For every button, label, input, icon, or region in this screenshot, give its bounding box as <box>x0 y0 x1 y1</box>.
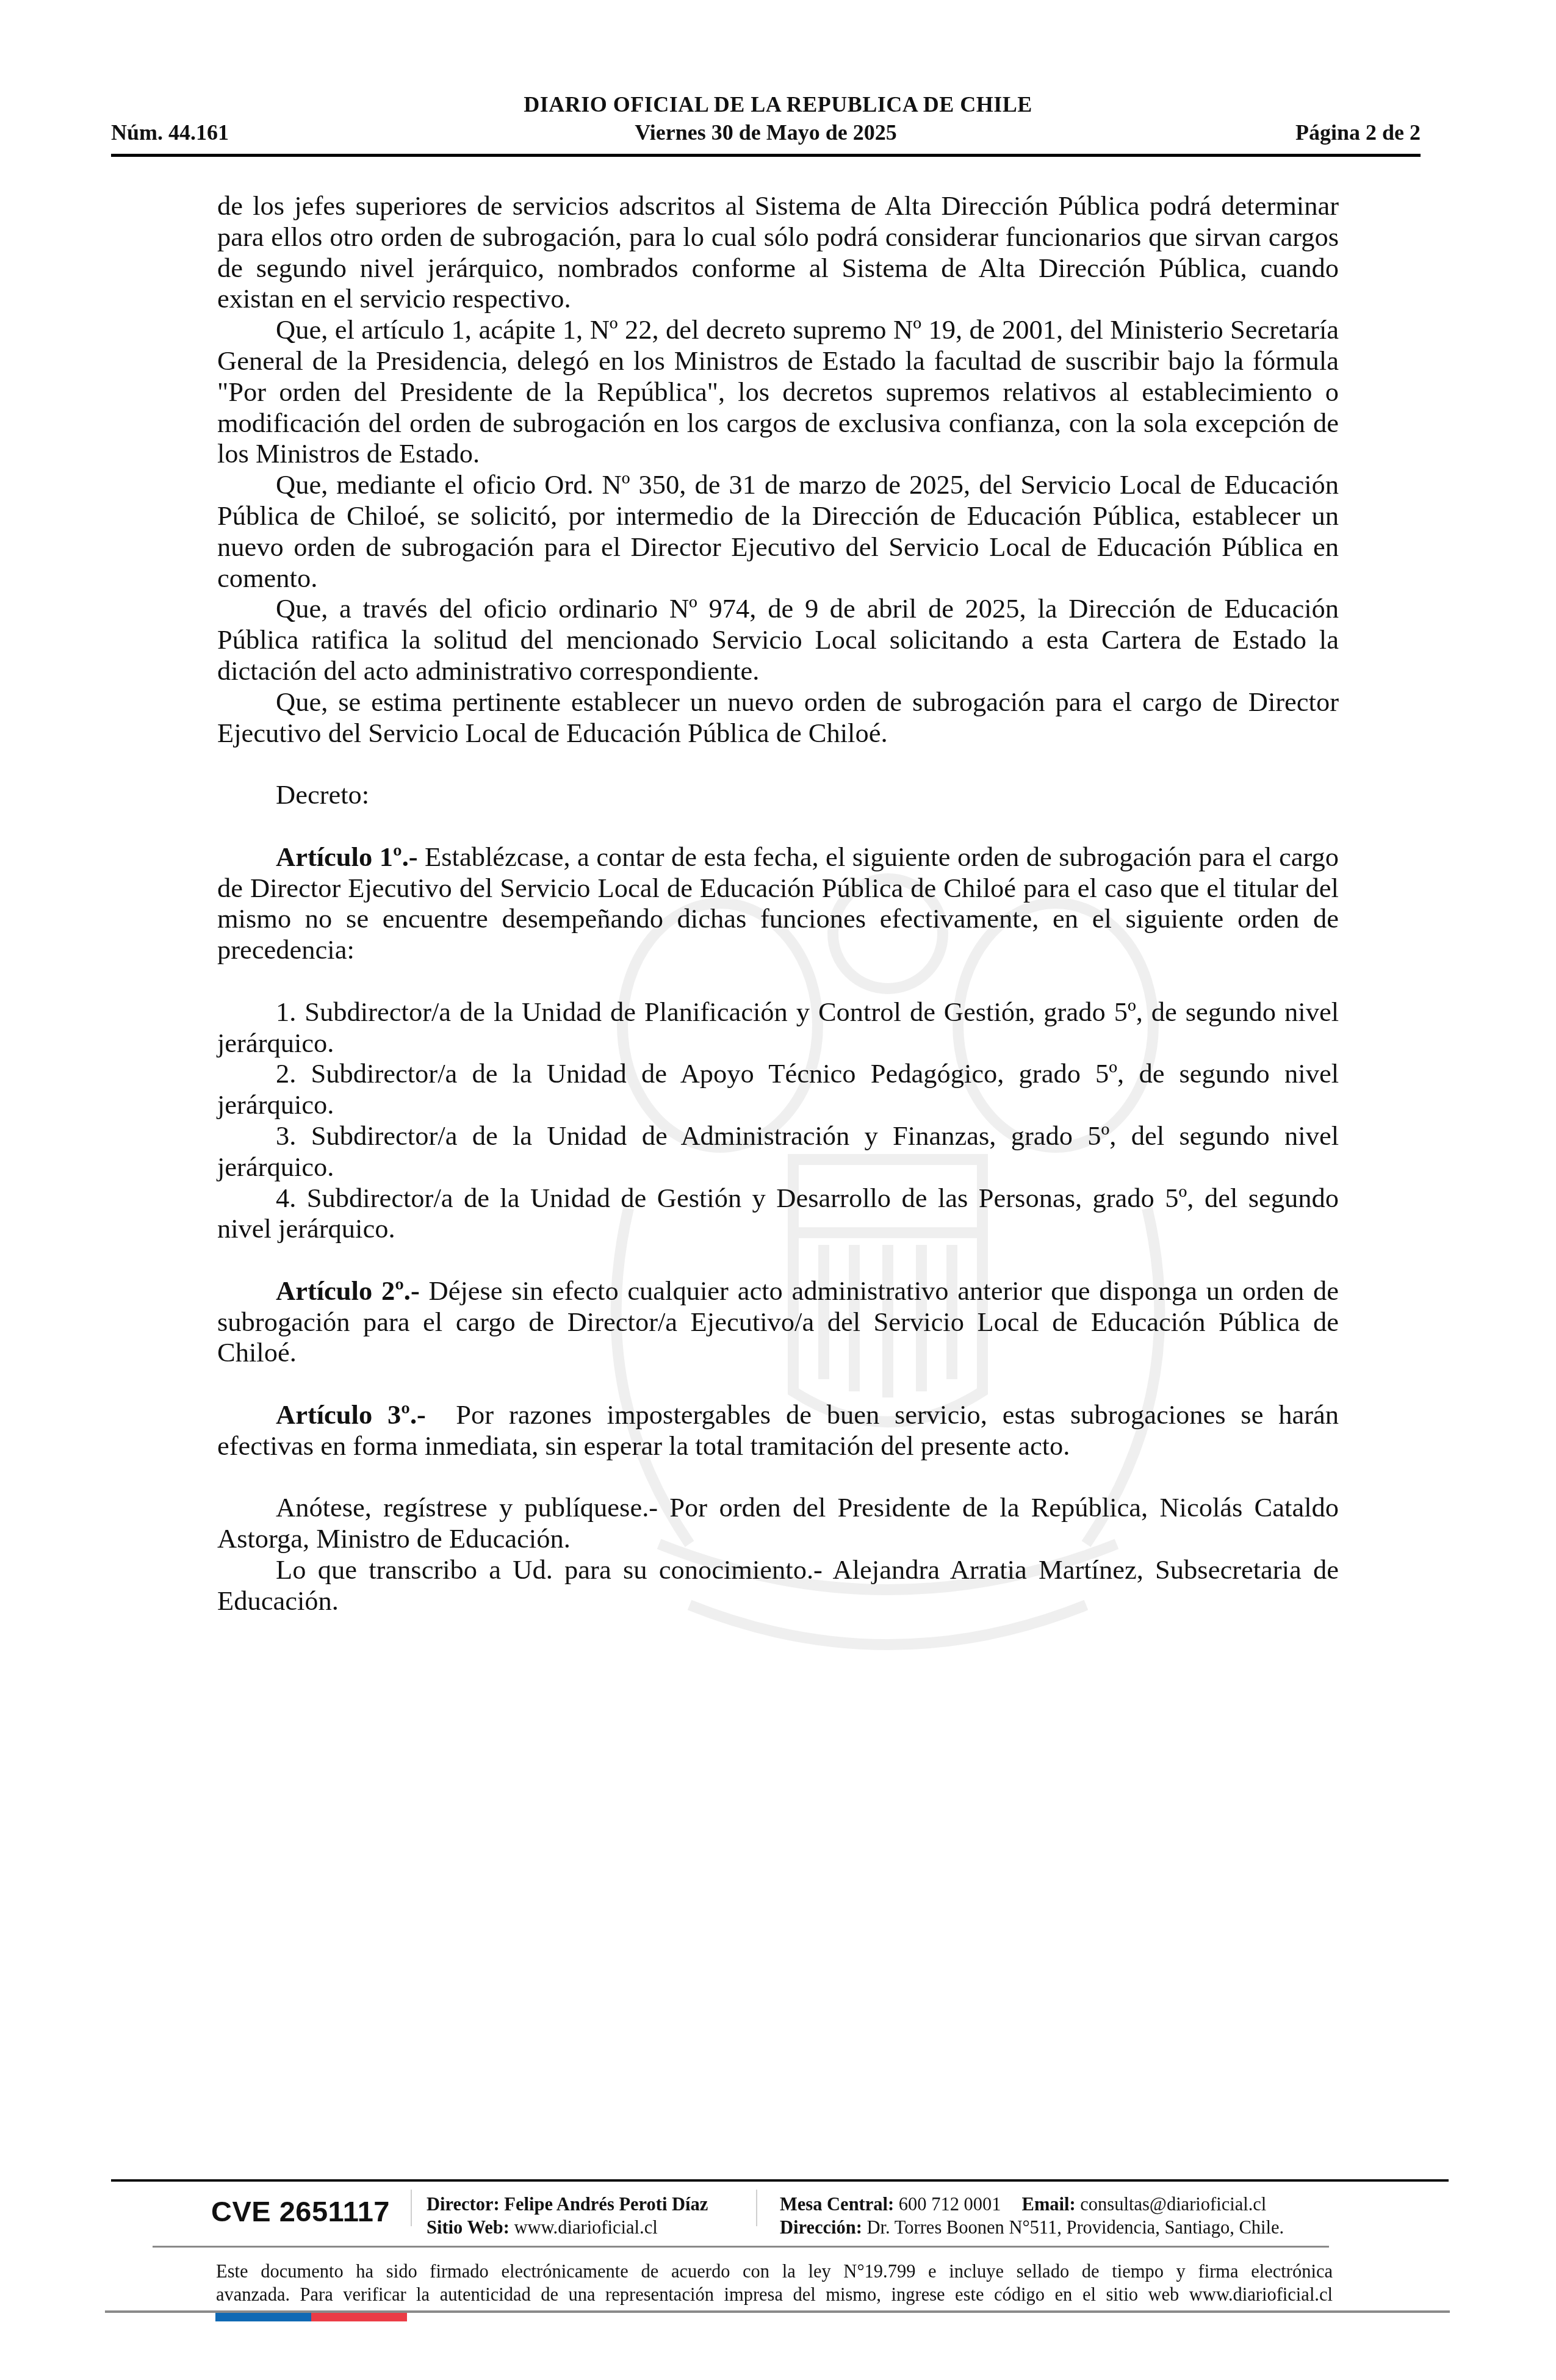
closing-signature: Anótese, regístrese y publíquese.- Por o… <box>217 1492 1339 1554</box>
issue-date: Viernes 30 de Mayo de 2025 <box>111 120 1421 145</box>
footer-director-block: Director: Felipe Andrés Peroti Díaz Siti… <box>427 2193 708 2239</box>
closing-transcription: Lo que transcribo a Ud. para su conocimi… <box>217 1554 1339 1617</box>
decree-label: Decreto: <box>217 779 1339 810</box>
spacer <box>217 1244 1339 1275</box>
paragraph-whereas-request: Que, mediante el oficio Ord. Nº 350, de … <box>217 469 1339 593</box>
spacer <box>217 1368 1339 1399</box>
address-label: Dirección: <box>780 2217 862 2238</box>
footer-divider-middle <box>153 2246 1329 2248</box>
footer-separator <box>411 2190 412 2226</box>
article-3-label: Artículo 3º.- <box>276 1399 426 1430</box>
email-label: Email: <box>1022 2194 1076 2215</box>
flag-bar-red <box>311 2313 407 2321</box>
spacer <box>217 965 1339 997</box>
header-divider <box>111 154 1421 157</box>
precedence-item-1: 1. Subdirector/a de la Unidad de Planifi… <box>217 997 1339 1059</box>
address-text: Dr. Torres Boonen N°511, Providencia, Sa… <box>862 2217 1284 2238</box>
article-3: Artículo 3º.- Por razones impostergables… <box>217 1399 1339 1462</box>
spacer <box>217 1462 1339 1493</box>
phone-label: Mesa Central: <box>780 2194 894 2215</box>
cve-code: CVE 2651117 <box>211 2194 390 2228</box>
footer-contact-block: Mesa Central: 600 712 0001Email: consult… <box>780 2193 1284 2239</box>
paragraph-continuation: de los jefes superiores de servicios ads… <box>217 190 1339 314</box>
document-body: de los jefes superiores de servicios ads… <box>217 190 1339 1617</box>
paragraph-whereas-pertinence: Que, se estima pertinente establecer un … <box>217 687 1339 749</box>
footer-separator <box>756 2190 757 2226</box>
precedence-item-2: 2. Subdirector/a de la Unidad de Apoyo T… <box>217 1058 1339 1120</box>
paragraph-whereas-delegation: Que, el artículo 1, acápite 1, Nº 22, de… <box>217 314 1339 469</box>
header-row: Núm. 44.161 Viernes 30 de Mayo de 2025 P… <box>111 120 1421 146</box>
article-1-label: Artículo 1º.- <box>276 842 418 872</box>
footer-divider-top <box>111 2179 1449 2182</box>
email-link[interactable]: consultas@diarioficial.cl <box>1076 2194 1267 2215</box>
website-link[interactable]: www.diarioficial.cl <box>510 2217 658 2238</box>
article-2: Artículo 2º.- Déjese sin efecto cualquie… <box>217 1275 1339 1368</box>
article-2-label: Artículo 2º.- <box>276 1275 420 1306</box>
flag-bar-blue <box>215 2313 311 2321</box>
article-1: Artículo 1º.- Establézcase, a contar de … <box>217 842 1339 965</box>
precedence-item-3: 3. Subdirector/a de la Unidad de Adminis… <box>217 1120 1339 1183</box>
legal-notice-line-1: Este documento ha sido firmado electróni… <box>216 2260 1333 2283</box>
page-indicator: Página 2 de 2 <box>1295 120 1421 145</box>
paragraph-whereas-ratification: Que, a través del oficio ordinario Nº 97… <box>217 593 1339 686</box>
director-label: Director: <box>427 2194 500 2215</box>
precedence-item-4: 4. Subdirector/a de la Unidad de Gestión… <box>217 1183 1339 1245</box>
legal-notice: Este documento ha sido firmado electróni… <box>216 2260 1333 2306</box>
spacer <box>217 748 1339 779</box>
legal-notice-line-2: avanzada. Para verificar la autenticidad… <box>216 2283 1333 2306</box>
gazette-title: DIARIO OFICIAL DE LA REPUBLICA DE CHILE <box>0 92 1556 117</box>
website-label: Sitio Web: <box>427 2217 510 2238</box>
director-name: Felipe Andrés Peroti Díaz <box>500 2194 708 2215</box>
phone-number: 600 712 0001 <box>894 2194 1001 2215</box>
spacer <box>217 810 1339 842</box>
